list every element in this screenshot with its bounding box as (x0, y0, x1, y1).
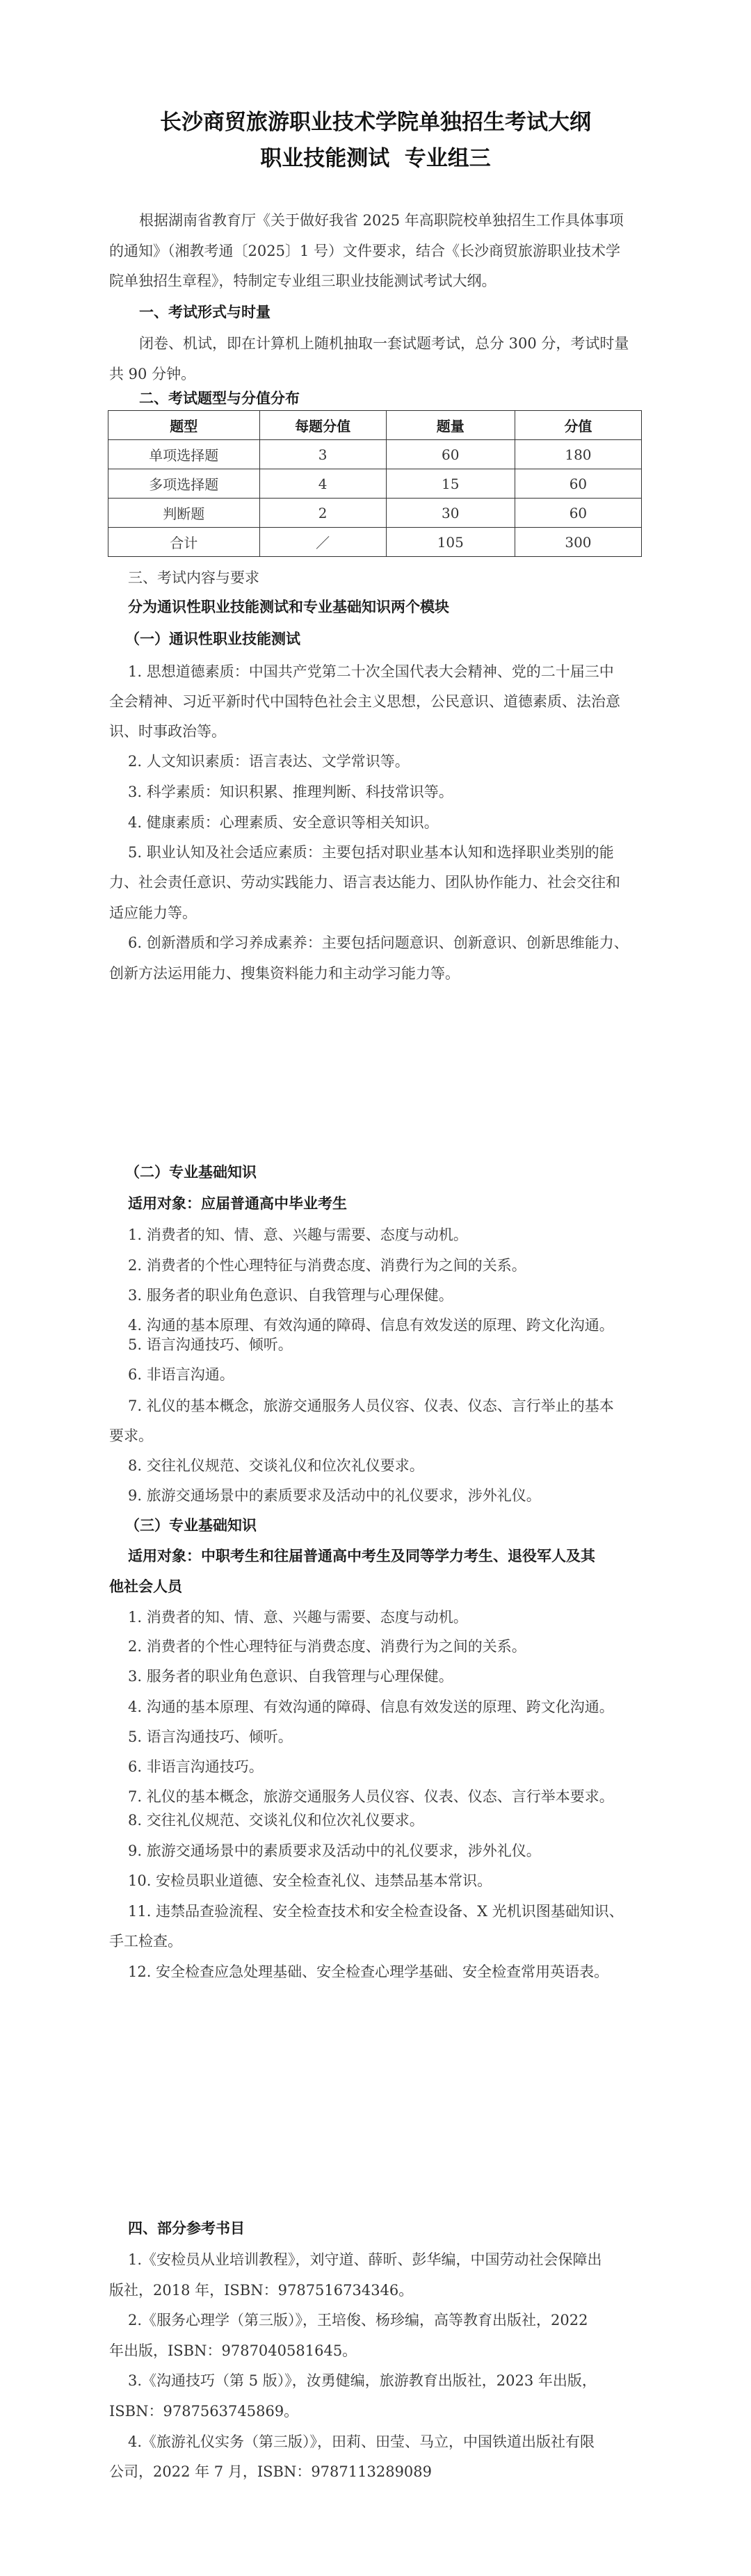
table-cell: 105 (386, 528, 515, 557)
body-line: 10. 安检员职业道德、安全检查礼仪、违禁品基本常识。 (128, 1870, 663, 1891)
table-header-cell: 题量 (386, 411, 515, 440)
body-line: 6. 非语言沟通技巧。 (128, 1756, 663, 1777)
table-cell: 判断题 (108, 499, 260, 528)
body-line: 2. 消费者的个性心理特征与消费态度、消费行为之间的关系。 (128, 1636, 663, 1657)
reference-line: 3.《沟通技巧（第 5 版）》，汝勇健编，旅游教育出版社，2023 年出版， (128, 2370, 663, 2391)
table-cell: 4 (259, 469, 386, 499)
body-line: 1. 思想道德素质：中国共产党第二十次全国代表大会精神、党的二十届三中 (128, 661, 633, 682)
body-line: 7. 礼仪的基本概念，旅游交通服务人员仪容、仪表、仪态、言行举本要求。 (128, 1786, 663, 1807)
table-cell: 合计 (108, 528, 260, 557)
body-line: 7. 礼仪的基本概念，旅游交通服务人员仪容、仪表、仪态、言行举止的基本 (128, 1395, 663, 1416)
reference-line: 公司，2022 年 7 月，ISBN：9787113289089 (109, 2461, 645, 2482)
table-header-cell: 分值 (515, 411, 641, 440)
table-cell: 60 (515, 469, 641, 499)
body-line: 全会精神、习近平新时代中国特色社会主义思想，公民意识、道德素质、法治意 (109, 691, 645, 712)
table-row: 单项选择题 3 60 180 (108, 440, 642, 469)
score-distribution-table: 题型 每题分值 题量 分值 单项选择题 3 60 180 多项选择题 4 15 … (108, 410, 642, 557)
table-cell: 60 (386, 440, 515, 469)
intro-line: 根据湖南省教育厅《关于做好我省 2025 年高职院校单独招生工作具体事项 (139, 210, 645, 231)
body-line: 4. 健康素质：心理素质、安全意识等相关知识。 (128, 812, 663, 833)
document-subtitle: 职业技能测试 专业组三 (0, 140, 751, 172)
part-heading: （二）专业基础知识 (125, 1162, 661, 1183)
body-line: 8. 交往礼仪规范、交谈礼仪和位次礼仪要求。 (128, 1810, 663, 1831)
section-subheading: 分为通识性职业技能测试和专业基础知识两个模块 (128, 597, 663, 617)
table-row: 判断题 2 30 60 (108, 499, 642, 528)
table-cell: 180 (515, 440, 641, 469)
body-line: 创新方法运用能力、搜集资料能力和主动学习能力等。 (109, 963, 645, 984)
body-line: 手工检查。 (109, 1931, 645, 1952)
reference-line: ISBN：9787563745869。 (109, 2401, 645, 2422)
audience-line: 适用对象：应届普通高中毕业考生 (128, 1193, 663, 1214)
table-cell: 单项选择题 (108, 440, 260, 469)
audience-line: 他社会人员 (109, 1576, 645, 1597)
body-line: 11. 违禁品查验流程、安全检查技术和安全检查设备、X 光机识图基础知识、 (128, 1901, 663, 1922)
table-header-cell: 题型 (108, 411, 260, 440)
body-line: 3. 科学素质：知识积累、推理判断、科技常识等。 (128, 781, 663, 802)
reference-line: 2.《服务心理学（第三版）》，王培俊、杨珍编，高等教育出版社，2022 (128, 2310, 663, 2331)
body-line: 12. 安全检查应急处理基础、安全检查心理学基础、安全检查常用英语表。 (128, 1961, 663, 1982)
reference-line: 4.《旅游礼仪实务（第三版）》，田莉、田莹、马立，中国铁道出版社有限 (128, 2431, 663, 2452)
document-title: 长沙商贸旅游职业技术学院单独招生考试大纲 (0, 104, 751, 136)
table-row: 合计 ／ 105 300 (108, 528, 642, 557)
body-line: 1. 消费者的知、情、意、兴趣与需要、态度与动机。 (128, 1607, 663, 1628)
body-line: 4. 沟通的基本原理、有效沟通的障碍、信息有效发送的原理、跨文化沟通。 (128, 1315, 663, 1336)
body-line: 闭卷、机试，即在计算机上随机抽取一套试题考试，总分 300 分，考试时量 (139, 333, 645, 354)
body-line: 5. 职业认知及社会适应素质：主要包括对职业基本认知和选择职业类别的能 (128, 842, 663, 863)
table-cell: ／ (259, 528, 386, 557)
table-cell: 2 (259, 499, 386, 528)
table-row: 多项选择题 4 15 60 (108, 469, 642, 499)
reference-line: 年出版，ISBN：9787040581645。 (109, 2340, 645, 2361)
section-heading: 四、部分参考书目 (128, 2218, 663, 2239)
body-line: 5. 语言沟通技巧、倾听。 (128, 1726, 663, 1747)
section-heading: 三、考试内容与要求 (128, 567, 633, 588)
table-cell: 多项选择题 (108, 469, 260, 499)
body-line: 4. 沟通的基本原理、有效沟通的障碍、信息有效发送的原理、跨文化沟通。 (128, 1696, 663, 1717)
body-line: 8. 交往礼仪规范、交谈礼仪和位次礼仪要求。 (128, 1455, 663, 1476)
body-line: 6. 非语言沟通。 (128, 1364, 663, 1385)
body-line: 识、时事政治等。 (109, 721, 645, 742)
body-line: 5. 语言沟通技巧、倾听。 (128, 1334, 663, 1355)
part-heading: （一）通识性职业技能测试 (125, 629, 661, 649)
reference-line: 版社，2018 年，ISBN：9787516734346。 (109, 2280, 645, 2301)
part-heading: （三）专业基础知识 (125, 1515, 661, 1536)
body-line: 力、社会责任意识、劳动实践能力、语言表达能力、团队协作能力、社会交往和 (109, 872, 645, 893)
body-line: 共 90 分钟。 (109, 364, 645, 384)
section-heading: 一、考试形式与时量 (139, 302, 645, 323)
body-line: 3. 服务者的职业角色意识、自我管理与心理保健。 (128, 1666, 663, 1687)
table-cell: 300 (515, 528, 641, 557)
table-cell: 15 (386, 469, 515, 499)
table-cell: 60 (515, 499, 641, 528)
body-line: 要求。 (109, 1425, 645, 1446)
body-line: 3. 服务者的职业角色意识、自我管理与心理保健。 (128, 1285, 663, 1306)
reference-line: 1.《安检员从业培训教程》，刘守道、薛昕、彭华编，中国劳动社会保障出 (128, 2249, 663, 2270)
table-header-cell: 每题分值 (259, 411, 386, 440)
table-header-row: 题型 每题分值 题量 分值 (108, 411, 642, 440)
body-line: 1. 消费者的知、情、意、兴趣与需要、态度与动机。 (128, 1224, 663, 1245)
body-line: 9. 旅游交通场景中的素质要求及活动中的礼仪要求，涉外礼仪。 (128, 1840, 663, 1861)
section-heading: 二、考试题型与分值分布 (139, 388, 645, 409)
body-line: 6. 创新潜质和学习养成素养：主要包括问题意识、创新意识、创新思维能力、 (128, 932, 663, 953)
body-line: 2. 人文知识素质：语言表达、文学常识等。 (128, 751, 663, 772)
audience-line: 适用对象：中职考生和往届普通高中考生及同等学力考生、退役军人及其 (128, 1546, 663, 1566)
body-line: 9. 旅游交通场景中的素质要求及活动中的礼仪要求，涉外礼仪。 (128, 1485, 663, 1506)
body-line: 适应能力等。 (109, 902, 645, 923)
table-cell: 30 (386, 499, 515, 528)
body-line: 2. 消费者的个性心理特征与消费态度、消费行为之间的关系。 (128, 1255, 663, 1276)
intro-line: 的通知》（湘教考通〔2025〕1 号）文件要求，结合《长沙商贸旅游职业技术学 (109, 241, 645, 261)
table-cell: 3 (259, 440, 386, 469)
intro-line: 院单独招生章程》，特制定专业组三职业技能测试考试大纲。 (109, 270, 645, 291)
